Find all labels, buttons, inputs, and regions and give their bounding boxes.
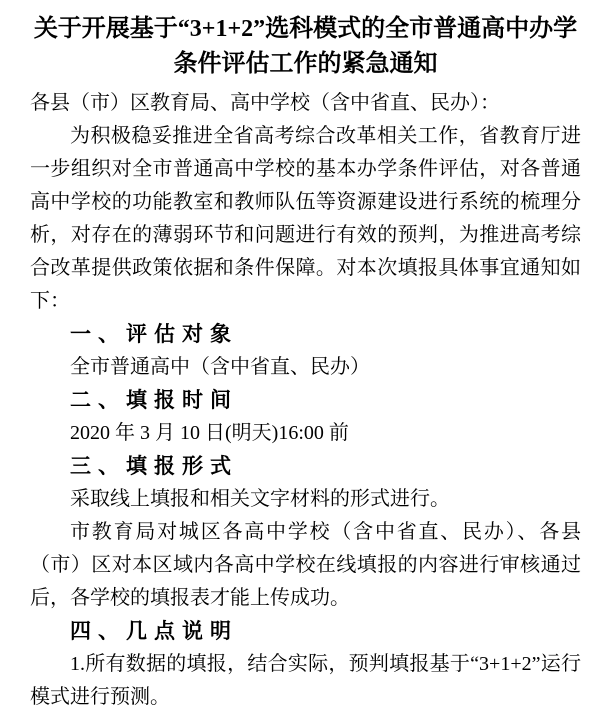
notice-title: 关于开展基于“3+1+2”选科模式的全市普通高中办学条件评估工作的紧急通知 — [30, 12, 581, 82]
section-paragraph: 2020 年 3 月 10 日(明天)16:00 前 — [30, 417, 581, 450]
section-paragraph: 市教育局对城区各高中学校（含中省直、民办）、各县（市）区对本区域内各高中学校在线… — [30, 516, 581, 615]
salutation-line: 各县（市）区教育局、高中学校（含中省直、民办）： — [30, 87, 581, 120]
section-filing-form: 三、填报形式 采取线上填报和相关文字材料的形式进行。 市教育局对城区各高中学校（… — [30, 450, 581, 615]
intro-paragraph: 为积极稳妥推进全省高考综合改革相关工作，省教育厅进一步组织对全市普通高中学校的基… — [30, 120, 581, 318]
section-filing-time: 二、填报时间 2020 年 3 月 10 日(明天)16:00 前 — [30, 384, 581, 450]
section-paragraph: 1.所有数据的填报，结合实际，预判填报基于“3+1+2”运行模式进行预测。 — [30, 648, 581, 714]
section-heading-4: 四、几点说明 — [30, 615, 581, 648]
section-remarks: 四、几点说明 1.所有数据的填报，结合实际，预判填报基于“3+1+2”运行模式进… — [30, 615, 581, 714]
section-evaluation-target: 一、评估对象 全市普通高中（含中省直、民办） — [30, 318, 581, 384]
notice-document: 关于开展基于“3+1+2”选科模式的全市普通高中办学条件评估工作的紧急通知 各县… — [0, 0, 610, 727]
section-paragraph: 采取线上填报和相关文字材料的形式进行。 — [30, 483, 581, 516]
section-paragraph: 全市普通高中（含中省直、民办） — [30, 351, 581, 384]
section-heading-2: 二、填报时间 — [30, 384, 581, 417]
section-heading-3: 三、填报形式 — [30, 450, 581, 483]
section-heading-1: 一、评估对象 — [30, 318, 581, 351]
